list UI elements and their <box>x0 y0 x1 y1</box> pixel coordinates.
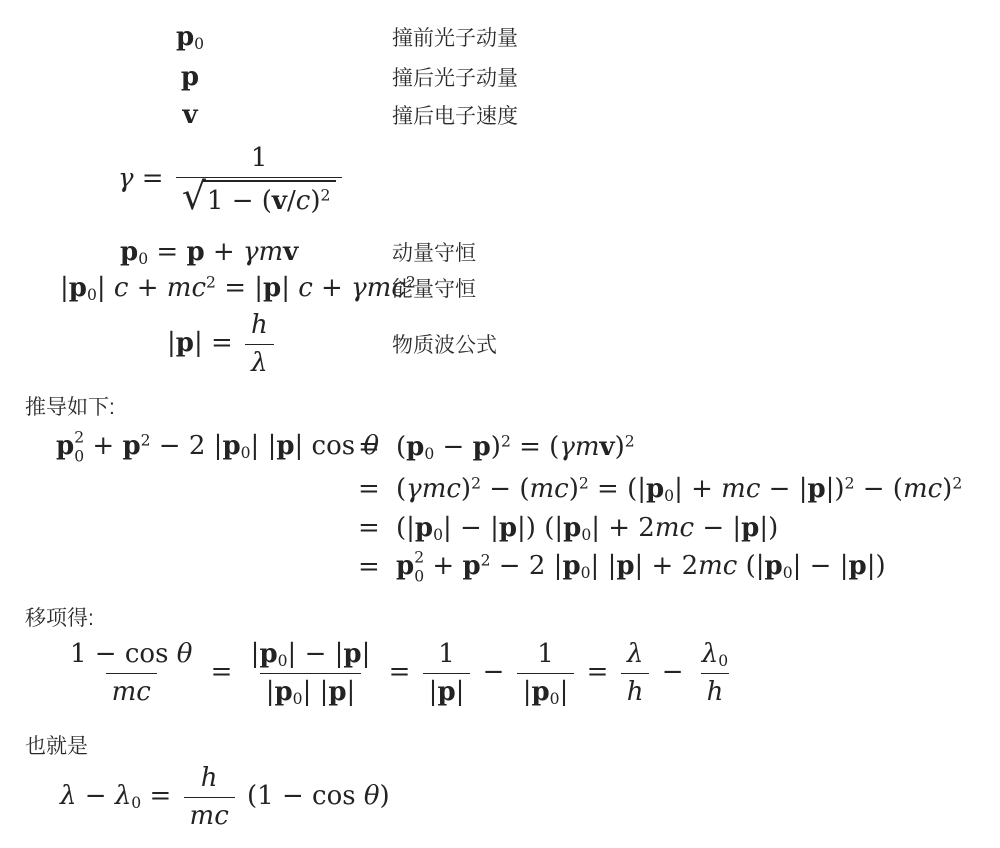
derivation-row-2: = (γmc)2 − (mc)2 = (|p0| + mc − |p|)2 − … <box>0 471 1000 507</box>
momentum-row: p0 = p + γmv 动量守恒 <box>0 234 1000 270</box>
equals-sign-4: = <box>358 552 380 582</box>
derivation-rhs-1: (p0 − p)2 = (γmv)2 <box>396 432 635 462</box>
definition-row-v: v 撞后电子速度 <box>0 95 1000 135</box>
derivation-rhs-3: (|p0| − |p|) (|p0| + 2mc − |p|) <box>396 513 778 543</box>
energy-row: |p0| c + mc2 = |p| c + γmc2 能量守恒 <box>0 270 1000 306</box>
document-page: p0 撞前光子动量 p 撞后光子动量 v 撞后电子速度 γ = 1√1 − (v… <box>0 0 1000 848</box>
derivation-row-1: p20 + p2 − 2 |p0| |p| cos θ = (p0 − p)2 … <box>0 429 1000 465</box>
gamma-equation: γ = 1√1 − (v/c)2 <box>118 142 346 217</box>
energy-equation: |p0| c + mc2 = |p| c + γmc2 <box>60 273 416 303</box>
final-equation: λ − λ0 = hmc (1 − cos θ) <box>60 762 390 832</box>
definition-label-p0: 撞前光子动量 <box>392 22 518 52</box>
definition-label-v: 撞后电子速度 <box>392 100 518 130</box>
equals-sign-3: = <box>358 513 380 543</box>
derivation-row-4: = p20 + p2 − 2 |p0| |p| + 2mc (|p0| − |p… <box>0 549 1000 585</box>
heading-thatis: 也就是 <box>25 730 88 760</box>
equals-sign-1: = <box>358 432 380 462</box>
matter-wave-label: 物质波公式 <box>392 329 497 359</box>
rearranged-equation: 1 − cos θmc = |p0| − |p||p0| |p| = 1|p| … <box>60 638 738 708</box>
definition-row-p0: p0 撞前光子动量 <box>0 17 1000 57</box>
momentum-label: 动量守恒 <box>392 237 476 267</box>
derivation-lhs: p20 + p2 − 2 |p0| |p| cos θ <box>56 428 350 465</box>
matter-wave-equation: |p| = hλ <box>167 309 278 379</box>
derivation-row-3: = (|p0| − |p|) (|p0| + 2mc − |p|) <box>0 510 1000 546</box>
math-symbol-v: v <box>0 100 380 130</box>
derivation-rhs-2: (γmc)2 − (mc)2 = (|p0| + mc − |p|)2 − (m… <box>396 474 962 504</box>
definition-row-p: p 撞后光子动量 <box>0 57 1000 97</box>
math-symbol-p: p <box>0 62 380 92</box>
derivation-rhs-4: p20 + p2 − 2 |p0| |p| + 2mc (|p0| − |p|) <box>396 548 886 585</box>
equals-sign-2: = <box>358 474 380 504</box>
heading-derive: 推导如下: <box>25 391 115 421</box>
energy-label: 能量守恒 <box>392 273 476 303</box>
heading-rearrange: 移项得: <box>25 602 94 632</box>
momentum-equation: p0 = p + γmv <box>120 237 298 267</box>
definition-label-p: 撞后光子动量 <box>392 62 518 92</box>
matter-wave-row: |p| = hλ 物质波公式 <box>0 313 1000 375</box>
math-symbol-p0: p0 <box>0 22 380 52</box>
